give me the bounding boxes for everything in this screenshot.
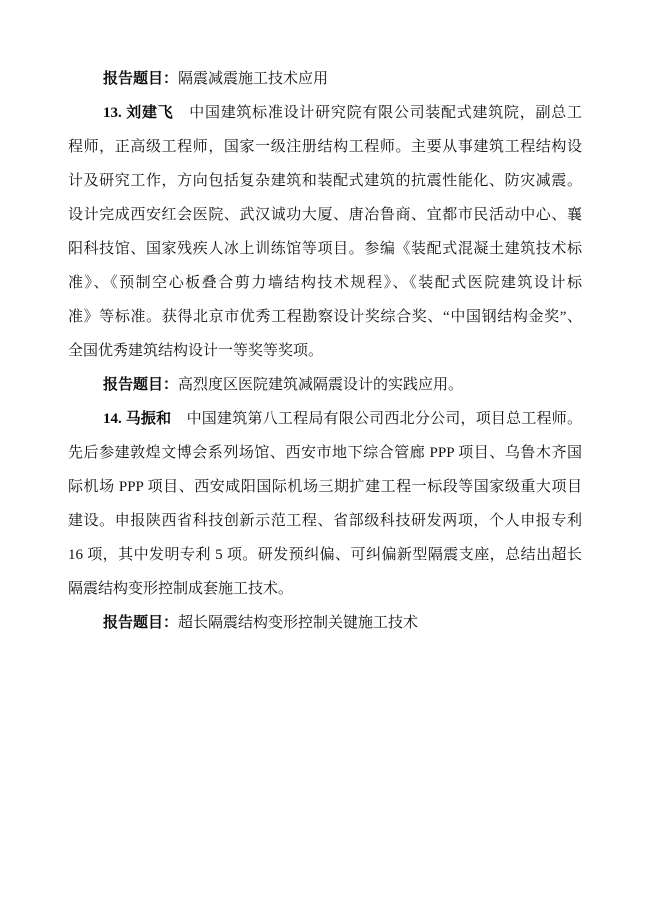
report-topic-text: 超长隔震结构变形控制关键施工技术	[178, 615, 418, 631]
speaker-14-bio-line: 先后参建敦煌文博会系列场馆、西安市地下综合管廊 PPP 项目、乌鲁木齐国	[68, 436, 582, 470]
report-topic-text: 高烈度区医院建筑减隔震设计的实践应用。	[178, 377, 463, 393]
report-topic-line: 报告题目：高烈度区医院建筑减隔震设计的实践应用。	[68, 368, 582, 402]
bio-text: 计及研究工作，方向包括复杂建筑和装配式建筑的抗震性能化、防灾减震。	[68, 173, 582, 189]
document-body: 报告题目：隔震减震施工技术应用 13. 刘建飞 中国建筑标准设计研究院有限公司装…	[0, 0, 650, 640]
speaker-14-name: 14. 马振和	[103, 411, 171, 427]
speaker-13-bio-line: 计及研究工作，方向包括复杂建筑和装配式建筑的抗震性能化、防灾减震。	[68, 164, 582, 198]
report-topic-text: 隔震减震施工技术应用	[178, 71, 328, 87]
bio-text: 际机场 PPP 项目、西安咸阳国际机场三期扩建工程一标段等国家级重大项目	[68, 479, 582, 495]
speaker-13-bio-line: 全国优秀建筑结构设计一等奖等奖项。	[68, 334, 582, 368]
speaker-13-bio-line: 设计完成西安红会医院、武汉诚功大厦、唐冶鲁商、宜都市民活动中心、襄	[68, 198, 582, 232]
bio-text: 16 项，其中发明专利 5 项。研发预纠偏、可纠偏新型隔震支座，总结出超长	[68, 547, 582, 563]
speaker-14-bio-line: 际机场 PPP 项目、西安咸阳国际机场三期扩建工程一标段等国家级重大项目	[68, 470, 582, 504]
speaker-14-affiliation: 中国建筑第八工程局有限公司西北分公司，项目总工程师。	[171, 411, 582, 427]
bio-text: 先后参建敦煌文博会系列场馆、西安市地下综合管廊 PPP 项目、乌鲁木齐国	[68, 445, 582, 461]
speaker-13-bio-line: 程师，正高级工程师，国家一级注册结构工程师。主要从事建筑工程结构设	[68, 130, 582, 164]
speaker-13-bio-line: 准》、《预制空心板叠合剪力墙结构技术规程》、《装配式医院建筑设计标	[68, 266, 582, 300]
speaker-14-bio-line: 16 项，其中发明专利 5 项。研发预纠偏、可纠偏新型隔震支座，总结出超长	[68, 538, 582, 572]
speaker-14-bio-line: 隔震结构变形控制成套施工技术。	[68, 572, 582, 606]
speaker-13-bio-line: 阳科技馆、国家残疾人冰上训练馆等项目。参编《装配式混凝土建筑技术标	[68, 232, 582, 266]
bio-text: 程师，正高级工程师，国家一级注册结构工程师。主要从事建筑工程结构设	[68, 139, 582, 155]
bio-text: 设计完成西安红会医院、武汉诚功大厦、唐冶鲁商、宜都市民活动中心、襄	[68, 207, 582, 223]
report-topic-line: 报告题目：隔震减震施工技术应用	[68, 62, 582, 96]
document-page: 报告题目：隔震减震施工技术应用 13. 刘建飞 中国建筑标准设计研究院有限公司装…	[0, 0, 650, 919]
speaker-14-heading-line: 14. 马振和 中国建筑第八工程局有限公司西北分公司，项目总工程师。	[68, 402, 582, 436]
speaker-14-bio-line: 建设。申报陕西省科技创新示范工程、省部级科技研发两项，个人申报专利	[68, 504, 582, 538]
report-topic-line: 报告题目：超长隔震结构变形控制关键施工技术	[68, 606, 582, 640]
speaker-13-heading-line: 13. 刘建飞 中国建筑标准设计研究院有限公司装配式建筑院，副总工	[68, 96, 582, 130]
report-topic-label: 报告题目：	[103, 615, 178, 631]
bio-text: 准》等标准。获得北京市优秀工程勘察设计奖综合奖、“中国钢结构金奖”、	[68, 309, 582, 325]
bio-text: 准》、《预制空心板叠合剪力墙结构技术规程》、《装配式医院建筑设计标	[68, 275, 582, 291]
bio-text: 全国优秀建筑结构设计一等奖等奖项。	[68, 343, 323, 359]
report-topic-label: 报告题目：	[103, 71, 178, 87]
bio-text: 建设。申报陕西省科技创新示范工程、省部级科技研发两项，个人申报专利	[68, 513, 582, 529]
speaker-13-bio-line: 准》等标准。获得北京市优秀工程勘察设计奖综合奖、“中国钢结构金奖”、	[68, 300, 582, 334]
bio-text: 隔震结构变形控制成套施工技术。	[68, 581, 293, 597]
speaker-13-name: 13. 刘建飞	[103, 105, 173, 121]
speaker-13-affiliation: 中国建筑标准设计研究院有限公司装配式建筑院，副总工	[173, 105, 582, 121]
report-topic-label: 报告题目：	[103, 377, 178, 393]
bio-text: 阳科技馆、国家残疾人冰上训练馆等项目。参编《装配式混凝土建筑技术标	[68, 241, 582, 257]
